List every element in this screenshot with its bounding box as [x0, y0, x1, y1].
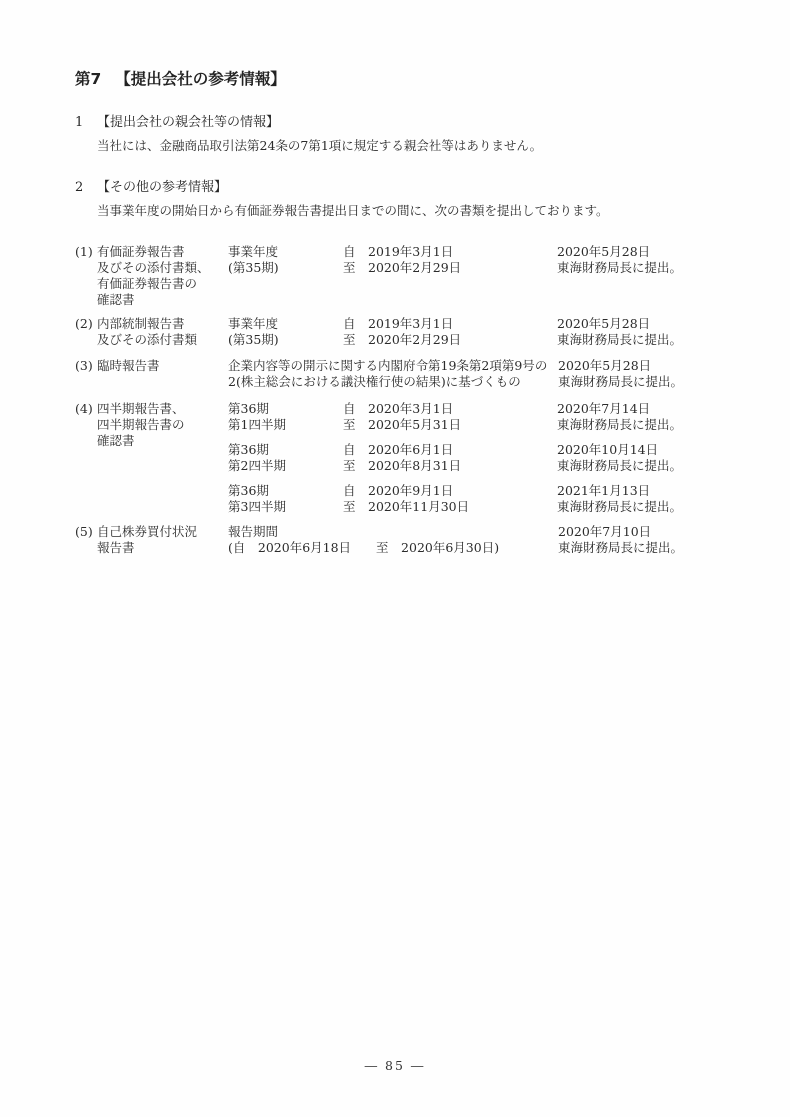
- submission-authority: 東海財務局長に提出。: [558, 540, 730, 556]
- period-range: 自2020年6月1日 至2020年8月31日: [343, 442, 557, 474]
- document-name-line: 臨時報告書: [97, 358, 228, 374]
- submission-authority: 東海財務局長に提出。: [558, 374, 730, 390]
- fiscal-period-line: 事業年度: [228, 316, 343, 332]
- table-row: (3) 臨時報告書 企業内容等の開示に関する内閣府令第19条第2項第9号の 2(…: [75, 358, 730, 390]
- submitted-documents-table: (1) 有価証券報告書 及びその添付書類、 有価証券報告書の 確認書 事業年度 …: [75, 244, 730, 556]
- fiscal-period-line: 事業年度: [228, 244, 343, 260]
- page-title: 第7【提出会社の参考情報】: [75, 68, 730, 90]
- page-title-number: 第7: [75, 70, 101, 88]
- document-name: 内部統制報告書 及びその添付書類: [97, 316, 228, 348]
- range-from: 自2020年3月1日: [343, 401, 557, 417]
- entry-group: 事業年度 (第35期) 自2019年3月1日 至2020年2月29日 2020年…: [228, 316, 730, 348]
- fiscal-period-line: 第36期: [228, 401, 343, 417]
- range-to: 至2020年11月30日: [343, 499, 557, 515]
- fiscal-period-line: 第36期: [228, 483, 343, 499]
- from-label: 自: [343, 401, 368, 417]
- to-label: 至: [343, 332, 368, 348]
- document-entries: 事業年度 (第35期) 自2019年3月1日 至2020年2月29日 2020年…: [228, 316, 730, 348]
- fiscal-period: 第36期 第1四半期: [228, 401, 343, 433]
- description-line: 企業内容等の開示に関する内閣府令第19条第2項第9号の: [228, 358, 558, 374]
- fiscal-period-line: 第2四半期: [228, 458, 343, 474]
- row-number: (5): [75, 524, 97, 540]
- document-name-line: 及びその添付書類、: [97, 260, 228, 276]
- document-name: 臨時報告書: [97, 358, 228, 374]
- report-period: 報告期間 (自 2020年6月18日 至 2020年6月30日): [228, 524, 558, 556]
- period-range: 自2020年3月1日 至2020年5月31日: [343, 401, 557, 433]
- document-name-line: 確認書: [97, 433, 228, 449]
- submission-info: 2020年5月28日 東海財務局長に提出。: [557, 316, 730, 348]
- table-row: (5) 自己株券買付状況 報告書 報告期間 (自 2020年6月18日 至 20…: [75, 524, 730, 556]
- document-name-line: 四半期報告書、: [97, 401, 228, 417]
- section-heading: 1【提出会社の親会社等の情報】: [75, 114, 730, 132]
- to-label: 至: [343, 417, 368, 433]
- to-date: 2020年11月30日: [368, 499, 469, 514]
- to-date: 2020年5月31日: [368, 417, 461, 432]
- fiscal-period: 事業年度 (第35期): [228, 316, 343, 348]
- submission-authority: 東海財務局長に提出。: [557, 499, 730, 515]
- range-from: 自2020年9月1日: [343, 483, 557, 499]
- submission-info: 2020年7月10日 東海財務局長に提出。: [558, 524, 730, 556]
- report-period-title: 報告期間: [228, 524, 558, 540]
- document-name: 四半期報告書、 四半期報告書の 確認書: [97, 401, 228, 449]
- page-content: 第7【提出会社の参考情報】 1【提出会社の親会社等の情報】 当社には、金融商品取…: [75, 68, 730, 556]
- document-name-line: 有価証券報告書: [97, 244, 228, 260]
- submission-date: 2020年5月28日: [558, 358, 730, 374]
- submission-authority: 東海財務局長に提出。: [557, 260, 730, 276]
- section-number: 1: [75, 114, 97, 132]
- from-date: 2019年3月1日: [368, 244, 453, 259]
- document-name: 自己株券買付状況 報告書: [97, 524, 228, 556]
- period-range: 自2019年3月1日 至2020年2月29日: [343, 244, 557, 276]
- document-description: 企業内容等の開示に関する内閣府令第19条第2項第9号の 2(株主総会における議決…: [228, 358, 558, 390]
- range-to: 至2020年8月31日: [343, 458, 557, 474]
- page-title-text: 【提出会社の参考情報】: [115, 70, 286, 88]
- table-row: (4) 四半期報告書、 四半期報告書の 確認書 第36期 第1四半期 自2020…: [75, 401, 730, 515]
- period-range: 自2019年3月1日 至2020年2月29日: [343, 316, 557, 348]
- range-from: 自2019年3月1日: [343, 316, 557, 332]
- document-name-line: 確認書: [97, 292, 228, 308]
- submission-date: 2020年7月14日: [557, 401, 730, 417]
- section-body-text: 当社には、金融商品取引法第24条の7第1項に規定する親会社等はありません。: [97, 137, 730, 154]
- document-name-line: 及びその添付書類: [97, 332, 228, 348]
- range-to: 至2020年2月29日: [343, 332, 557, 348]
- entry-group: 第36期 第2四半期 自2020年6月1日 至2020年8月31日 2020年1…: [228, 442, 730, 474]
- range-to: 至2020年5月31日: [343, 417, 557, 433]
- row-number: (3): [75, 358, 97, 374]
- row-number: (4): [75, 401, 97, 417]
- row-number: (2): [75, 316, 97, 332]
- to-date: 2020年2月29日: [368, 332, 461, 347]
- submission-info: 2020年10月14日 東海財務局長に提出。: [557, 442, 730, 474]
- document-name-line: 四半期報告書の: [97, 417, 228, 433]
- fiscal-period-line: (第35期): [228, 332, 343, 348]
- section-number: 2: [75, 179, 97, 197]
- from-date: 2020年9月1日: [368, 483, 453, 498]
- to-date: 2020年8月31日: [368, 458, 461, 473]
- fiscal-period-line: 第36期: [228, 442, 343, 458]
- submission-date: 2020年7月10日: [558, 524, 730, 540]
- period-range: 自2020年9月1日 至2020年11月30日: [343, 483, 557, 515]
- submission-info: 2020年5月28日 東海財務局長に提出。: [557, 244, 730, 276]
- to-label: 至: [343, 458, 368, 474]
- submission-authority: 東海財務局長に提出。: [557, 332, 730, 348]
- submission-info: 2020年7月14日 東海財務局長に提出。: [557, 401, 730, 433]
- section-parent-company-info: 1【提出会社の親会社等の情報】 当社には、金融商品取引法第24条の7第1項に規定…: [75, 114, 730, 154]
- from-label: 自: [343, 244, 368, 260]
- document-name-line: 内部統制報告書: [97, 316, 228, 332]
- fiscal-period-line: 第3四半期: [228, 499, 343, 515]
- range-from: 自2020年6月1日: [343, 442, 557, 458]
- submission-authority: 東海財務局長に提出。: [557, 417, 730, 433]
- from-label: 自: [343, 316, 368, 332]
- document-entries: 第36期 第1四半期 自2020年3月1日 至2020年5月31日 2020年7…: [228, 401, 730, 515]
- submission-date: 2021年1月13日: [557, 483, 730, 499]
- section-heading: 2【その他の参考情報】: [75, 179, 730, 197]
- document-page: 第7【提出会社の参考情報】 1【提出会社の親会社等の情報】 当社には、金融商品取…: [0, 0, 790, 1117]
- submission-date: 2020年5月28日: [557, 244, 730, 260]
- entry-group: 第36期 第1四半期 自2020年3月1日 至2020年5月31日 2020年7…: [228, 401, 730, 433]
- section-title: 【提出会社の親会社等の情報】: [97, 115, 279, 130]
- range-to: 至2020年2月29日: [343, 260, 557, 276]
- section-title: 【その他の参考情報】: [97, 180, 227, 195]
- fiscal-period: 第36期 第3四半期: [228, 483, 343, 515]
- table-row: (2) 内部統制報告書 及びその添付書類 事業年度 (第35期) 自2019年3…: [75, 316, 730, 348]
- from-label: 自: [343, 483, 368, 499]
- from-date: 2019年3月1日: [368, 316, 453, 331]
- row-number: (1): [75, 244, 97, 260]
- submission-authority: 東海財務局長に提出。: [557, 458, 730, 474]
- submission-info: 2020年5月28日 東海財務局長に提出。: [558, 358, 730, 390]
- to-date: 2020年2月29日: [368, 260, 461, 275]
- from-date: 2020年6月1日: [368, 442, 453, 457]
- fiscal-period-line: (第35期): [228, 260, 343, 276]
- document-name-line: 報告書: [97, 540, 228, 556]
- document-name-line: 有価証券報告書の: [97, 276, 228, 292]
- table-row: (1) 有価証券報告書 及びその添付書類、 有価証券報告書の 確認書 事業年度 …: [75, 244, 730, 308]
- submission-info: 2021年1月13日 東海財務局長に提出。: [557, 483, 730, 515]
- section-other-reference-info: 2【その他の参考情報】 当事業年度の開始日から有価証券報告書提出日までの間に、次…: [75, 179, 730, 219]
- fiscal-period-line: 第1四半期: [228, 417, 343, 433]
- to-label: 至: [343, 499, 368, 515]
- submission-date: 2020年10月14日: [557, 442, 730, 458]
- fiscal-period: 事業年度 (第35期): [228, 244, 343, 276]
- page-number: ― 85 ―: [0, 1058, 790, 1074]
- entry-group: 事業年度 (第35期) 自2019年3月1日 至2020年2月29日 2020年…: [228, 244, 730, 276]
- document-entries: 事業年度 (第35期) 自2019年3月1日 至2020年2月29日 2020年…: [228, 244, 730, 276]
- from-label: 自: [343, 442, 368, 458]
- submission-date: 2020年5月28日: [557, 316, 730, 332]
- document-name: 有価証券報告書 及びその添付書類、 有価証券報告書の 確認書: [97, 244, 228, 308]
- entry-group: 第36期 第3四半期 自2020年9月1日 至2020年11月30日 2021年…: [228, 483, 730, 515]
- description-line: 2(株主総会における議決権行使の結果)に基づくもの: [228, 374, 558, 390]
- report-period-detail: (自 2020年6月18日 至 2020年6月30日): [228, 540, 558, 556]
- from-date: 2020年3月1日: [368, 401, 453, 416]
- fiscal-period: 第36期 第2四半期: [228, 442, 343, 474]
- to-label: 至: [343, 260, 368, 276]
- section-body-text: 当事業年度の開始日から有価証券報告書提出日までの間に、次の書類を提出しております…: [97, 202, 730, 219]
- range-from: 自2019年3月1日: [343, 244, 557, 260]
- document-name-line: 自己株券買付状況: [97, 524, 228, 540]
